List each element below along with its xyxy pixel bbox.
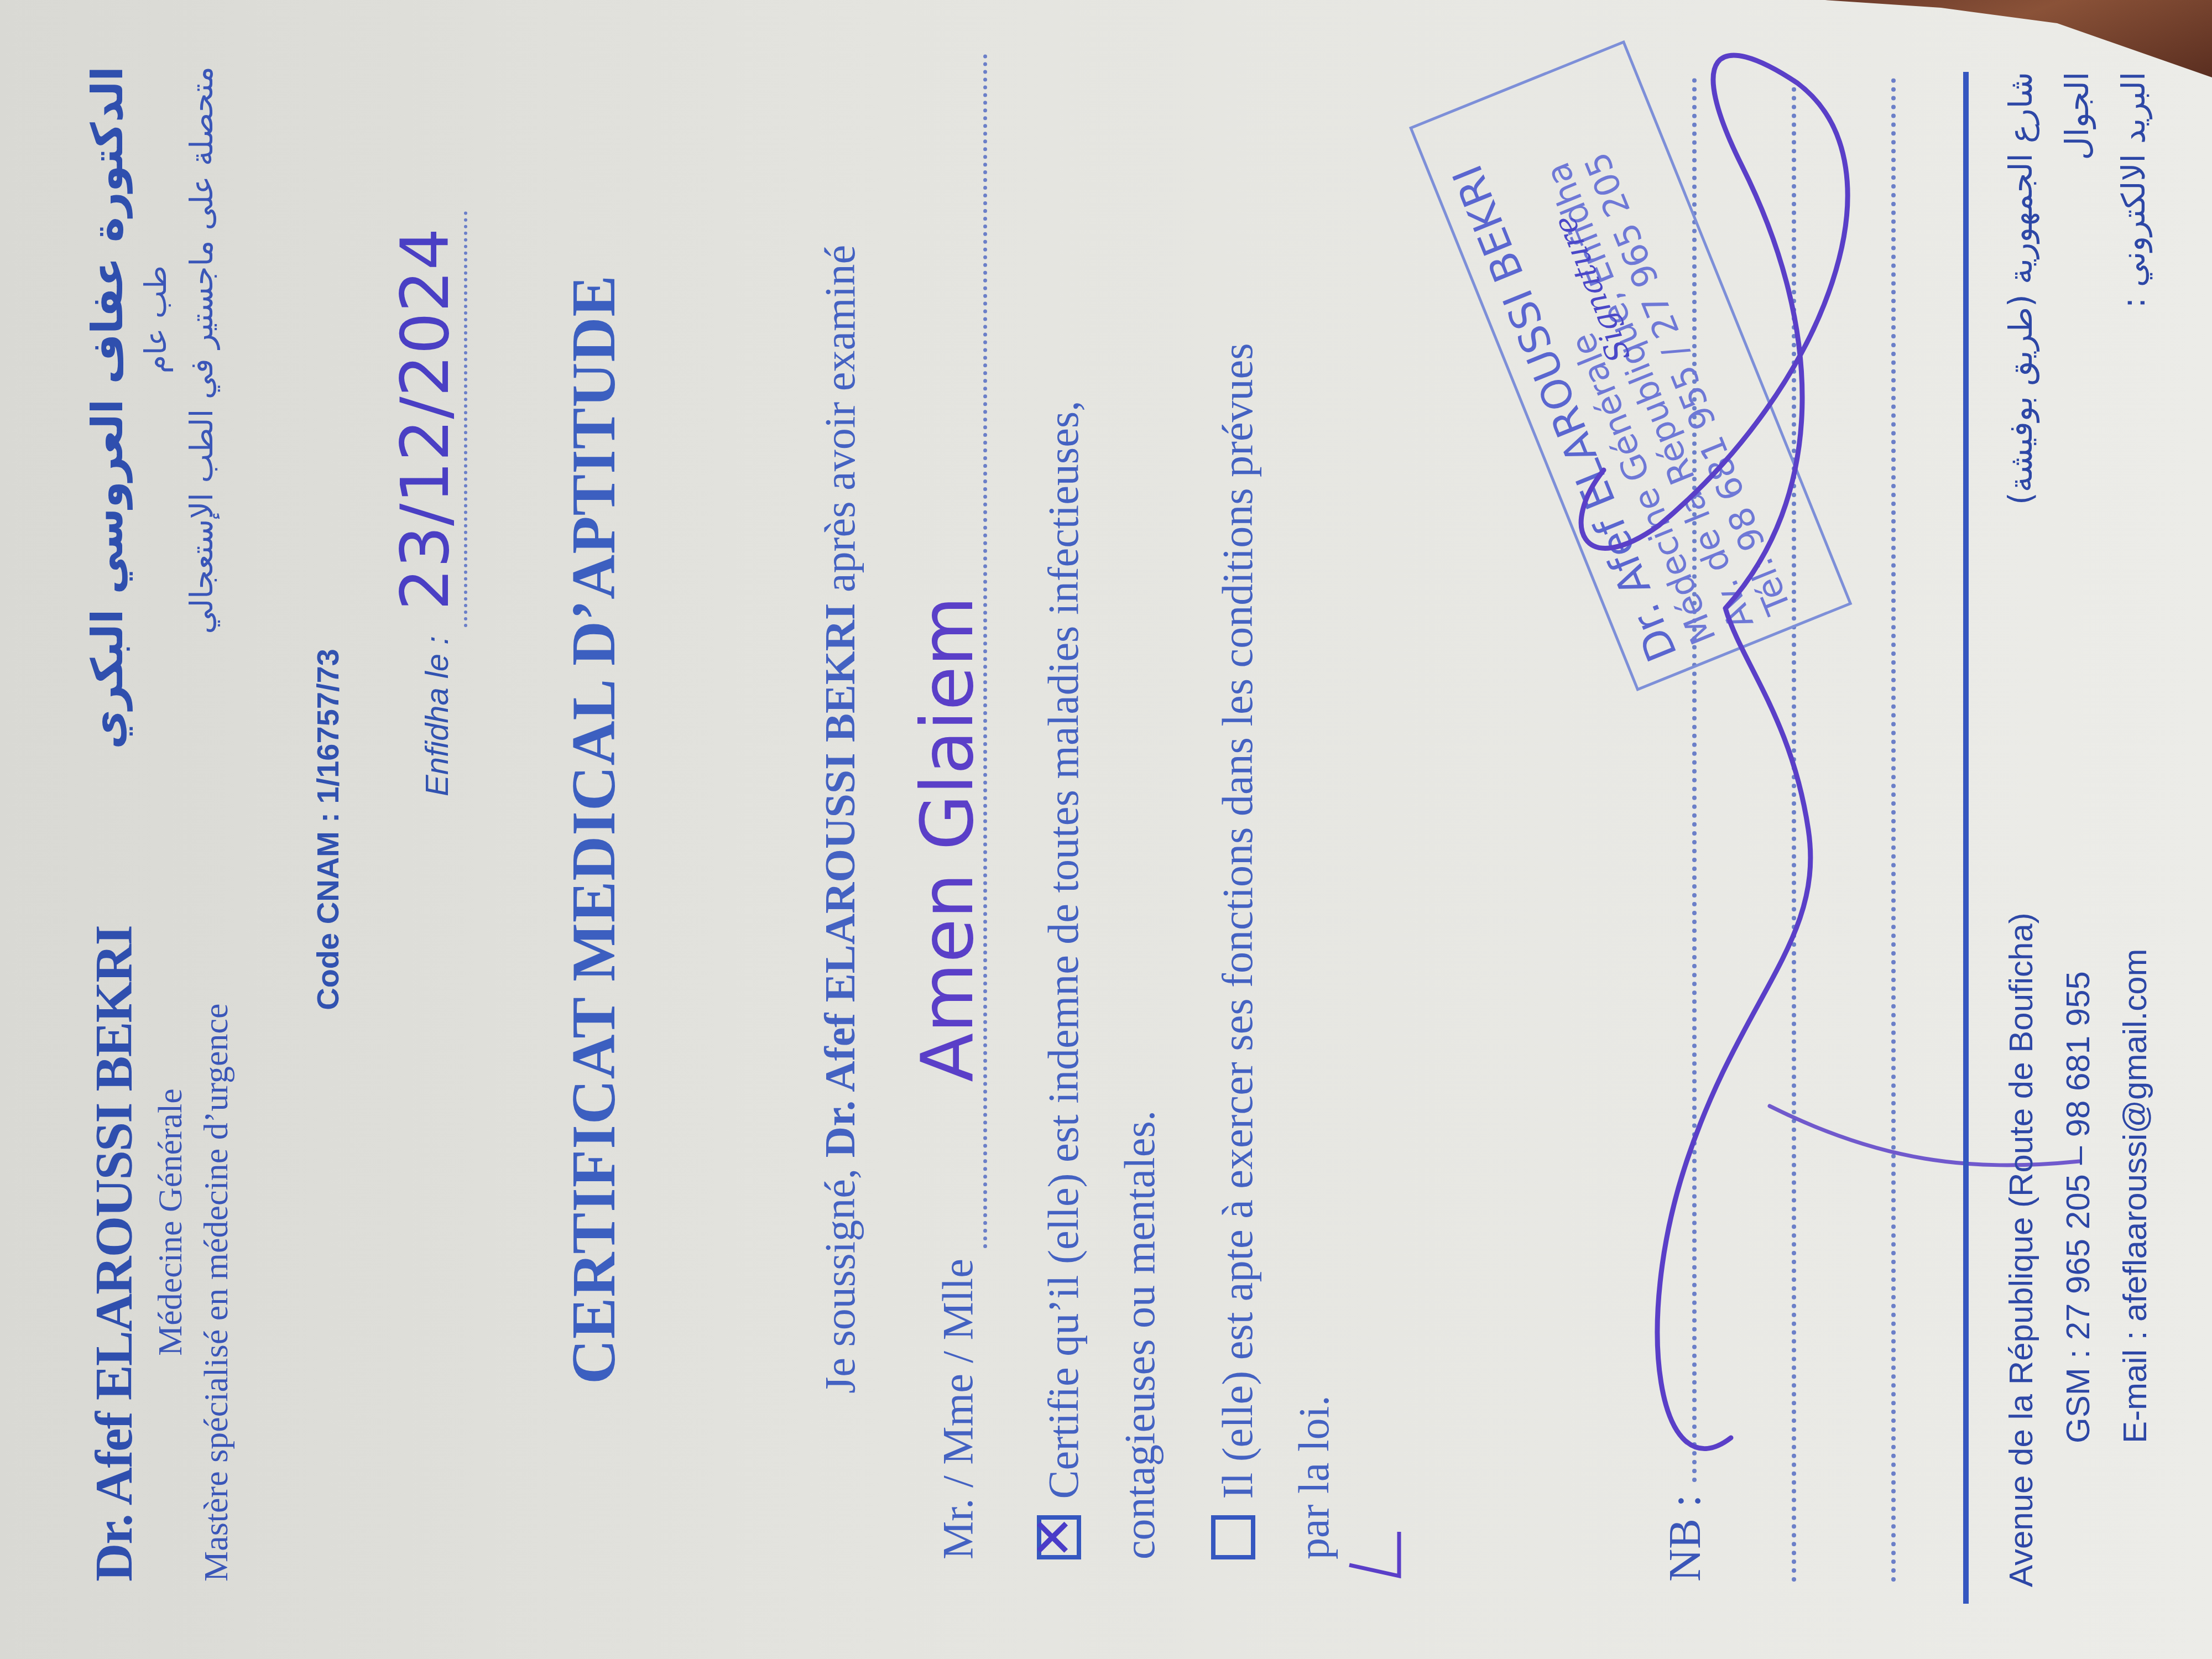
cnam-code: Code CNAM : 1/16757/73 xyxy=(310,0,346,1659)
header-arabic: الدكتورة عفاف العروسي البكري طب عام متحص… xyxy=(83,66,220,841)
intro-line: Je soussigné, Dr. Afef ELAROUSSI BEKRI a… xyxy=(818,55,862,1559)
nb-label: NB : xyxy=(1659,1495,1711,1582)
option-apte: Il (elle) est apte à exercer ses fonctio… xyxy=(1211,55,1259,1559)
patient-name-handwritten: Amen Glaiem xyxy=(905,596,989,1082)
doctor-name-arabic: الدكتورة عفاف العروسي البكري xyxy=(83,66,133,841)
checkbox-apte xyxy=(1211,1515,1255,1559)
footer-divider xyxy=(1963,72,1969,1604)
checkbox-indemne xyxy=(1037,1515,1081,1559)
nb-line-2 xyxy=(1792,77,1796,1582)
patient-name-field: Amen Glaiem xyxy=(911,54,987,1248)
option-apte-continued: par la loi. xyxy=(1292,55,1335,1559)
footer-email-arabic: البريد الالكتروني : xyxy=(2115,72,2152,680)
patient-line: Mr. / Mme / Mlle Amen Glaiem xyxy=(911,55,987,1559)
intro-suffix: après avoir examiné xyxy=(816,245,864,592)
doctor-degree-arabic: متحصلة على ماجستير في الطب الإستعجالي xyxy=(184,66,220,841)
doctor-specialty: Médecine Générale xyxy=(151,863,190,1582)
doctor-degree: Mastère spécialisé en médecine d’urgence xyxy=(197,863,236,1582)
medical-certificate-document: Dr. Afef ELAROUSSI BEKRI Médecine Généra… xyxy=(0,0,2212,1659)
option-indemne-text: Certifie qu’il (elle) est indemne de tou… xyxy=(1039,400,1087,1499)
intro-prefix: Je soussigné, xyxy=(816,1168,864,1394)
footer-gsm-arabic: الجوال xyxy=(2058,72,2096,680)
date-line: Enfidha le : 23/12/2024 xyxy=(387,211,464,796)
footer-address: Avenue de la République (Route de Boufic… xyxy=(2002,702,2040,1587)
footer-contact-french: Avenue de la République (Route de Boufic… xyxy=(2002,702,2173,1587)
option-indemne: Certifie qu’il (elle) est indemne de tou… xyxy=(1037,55,1085,1559)
doctor-specialty-arabic: طب عام xyxy=(138,66,173,841)
option-apte-text: Il (elle) est apte à exercer ses fonctio… xyxy=(1213,343,1261,1499)
doctor-stamp: Dr. Afef ELAROUSSI BEKRI Médecine Généra… xyxy=(1409,40,1852,691)
certificate-title: CERTIFICAT MEDICAL D’APTITUDE xyxy=(559,0,630,1659)
intro-doctor-name: Dr. Afef ELAROUSSI BEKRI xyxy=(816,603,864,1158)
footer-email: E-mail : afeflaaroussi@gmail.com xyxy=(2116,702,2154,1587)
option-indemne-continued: contagieuses ou mentales. xyxy=(1118,55,1161,1559)
footer-address-arabic: شارع الجمهورية (طريق بوفيشة) xyxy=(2002,72,2039,680)
footer-gsm: GSM : 27 965 205 – 98 681 955 xyxy=(2059,702,2097,1587)
header-french: Dr. Afef ELAROUSSI BEKRI Médecine Généra… xyxy=(83,863,236,1582)
doctor-name: Dr. Afef ELAROUSSI BEKRI xyxy=(83,863,144,1582)
nb-line-3 xyxy=(1891,77,1896,1582)
footer-contact-arabic: شارع الجمهورية (طريق بوفيشة) الجوال البر… xyxy=(2002,72,2171,680)
patient-label: Mr. / Mme / Mlle xyxy=(933,1259,982,1559)
date-label: Enfidha le : xyxy=(419,636,455,796)
date-value-handwritten: 23/12/2024 xyxy=(387,211,467,627)
certificate-body: Je soussigné, Dr. Afef ELAROUSSI BEKRI a… xyxy=(818,55,1385,1559)
